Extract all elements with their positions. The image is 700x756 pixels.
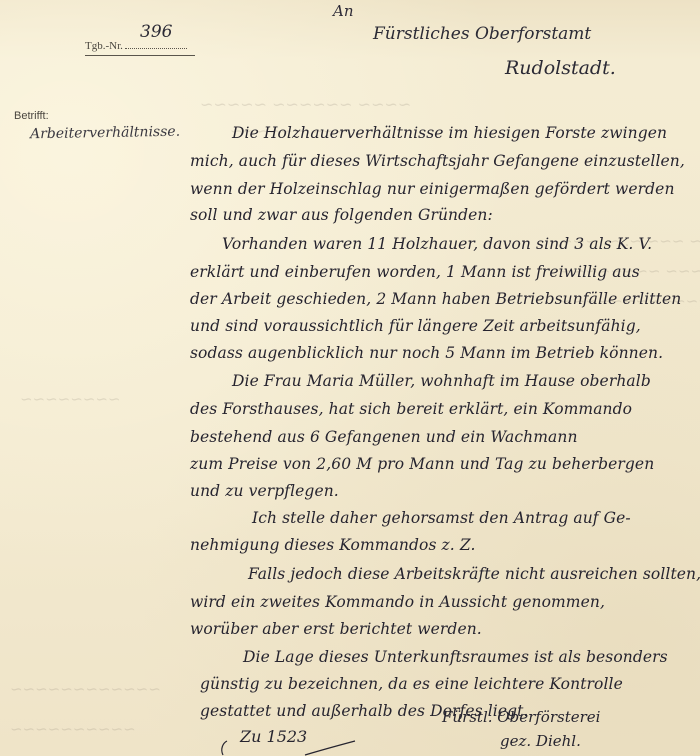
pen-flourish — [215, 735, 365, 756]
body-line: Vorhanden waren 11 Holzhauer, davon sind… — [222, 235, 652, 253]
body-line: zum Preise von 2,60 M pro Mann und Tag z… — [190, 455, 654, 473]
body-line: nehmigung dieses Kommandos z. Z. — [190, 536, 475, 554]
betrifft-value: Arbeiterverhältnisse. — [30, 124, 180, 143]
tgb-label: Tgb.-Nr. — [85, 40, 123, 52]
body-line: Ich stelle daher gehorsamst den Antrag a… — [252, 509, 631, 527]
body-line: Die Frau Maria Müller, wohnhaft im Hause… — [232, 372, 651, 390]
bleed-through-text: ~~~~~~~~~~~~ — [10, 680, 161, 698]
body-line: der Arbeit geschieden, 2 Mann haben Betr… — [190, 290, 681, 308]
body-line: des Forsthauses, hat sich bereit erklärt… — [190, 400, 632, 418]
body-line: bestehend aus 6 Gefangenen und ein Wachm… — [190, 428, 578, 446]
body-line: worüber aber erst berichtet werden. — [190, 620, 482, 638]
recipient-line-1: Fürstliches Oberforstamt — [373, 24, 591, 44]
body-line: erklärt und einberufen worden, 1 Mann is… — [190, 263, 640, 281]
bleed-through-text: ~~~~~~~~ — [20, 390, 121, 408]
body-line: Die Lage dieses Unterkunftsraumes ist al… — [243, 648, 668, 666]
body-line: wird ein zweites Kommando in Aussicht ge… — [190, 593, 605, 611]
body-line: Die Holzhauerverhältnisse im hiesigen Fo… — [232, 124, 667, 142]
tgb-number: 396 — [140, 22, 172, 42]
signature-name: gez. Diehl. — [500, 732, 581, 750]
document-page: ~~~~ ~~~~~~ ~~~~~ ~~~ ~~~~~~ ~~~ ~~~ ~. … — [0, 0, 700, 756]
body-line: und sind voraussichtlich für längere Zei… — [190, 317, 641, 335]
body-line: soll und zwar aus folgenden Gründen: — [190, 206, 493, 224]
body-line: günstig zu bezeichnen, da es eine leicht… — [200, 675, 623, 693]
bleed-through-text: ~~~~~~~~~~ — [10, 720, 136, 738]
body-line: wenn der Holzeinschlag nur einigermaßen … — [190, 180, 675, 198]
bleed-through-text: ~~~~ ~~~~~~ ~~~~~ — [200, 95, 411, 114]
recipient-city: Rudolstadt. — [505, 57, 616, 79]
body-line: und zu verpflegen. — [190, 482, 339, 500]
tgb-underline — [85, 55, 195, 56]
header-mark: An — [333, 2, 354, 20]
betrifft-label: Betrifft: — [14, 110, 49, 122]
body-line: mich, auch für dieses Wirtschaftsjahr Ge… — [190, 152, 685, 170]
body-line: sodass augenblicklich nur noch 5 Mann im… — [190, 344, 663, 362]
body-line: Falls jedoch diese Arbeitskräfte nicht a… — [248, 565, 700, 583]
signature-office: Fürstl. Oberförsterei — [442, 708, 600, 726]
